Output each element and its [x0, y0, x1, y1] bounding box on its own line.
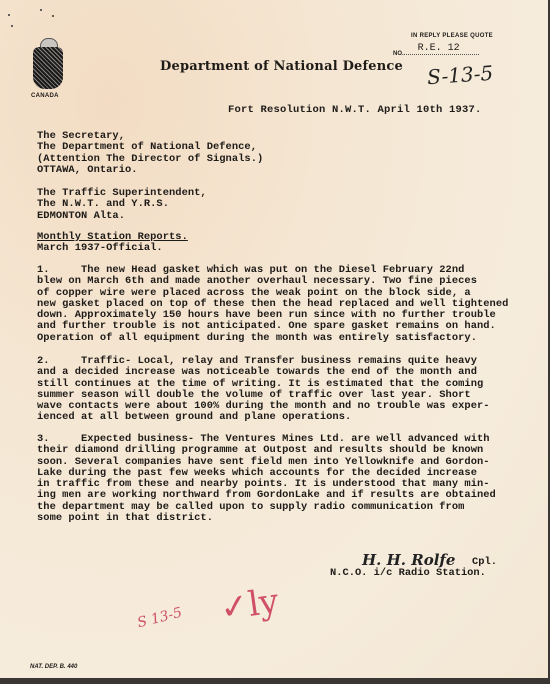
paragraph-2: 2. Traffic- Local, relay and Transfer bu… — [37, 356, 490, 424]
reference-number-line: NO.R.E. 12 — [393, 47, 479, 58]
address-line: EDMONTON Alta. — [37, 211, 207, 222]
crest-shield — [33, 47, 63, 89]
address-line: The N.W.T. and Y.R.S. — [37, 199, 207, 210]
paragraph-line: ienced at all between ground and plane o… — [37, 412, 490, 423]
address-line: The Department of National Defence, — [37, 142, 263, 153]
paragraph-line: their diamond drilling programme at Outp… — [37, 445, 496, 456]
speck — [52, 15, 54, 17]
reference-number: R.E. 12 — [418, 43, 460, 54]
country-label: CANADA — [31, 93, 59, 99]
subject-block: Monthly Station Reports.March 1937-Offic… — [37, 232, 188, 255]
paragraph-line: Operation of all equipment during the mo… — [37, 333, 508, 344]
speck — [40, 9, 42, 11]
red-pencil-checkmark: ✓ly — [218, 581, 282, 629]
recipient-block-2: The Traffic Superintendent,The N.W.T. an… — [37, 188, 207, 222]
letter-page: CANADA Department of National Defence IN… — [0, 0, 548, 678]
recipient-block-1: The Secretary,The Department of National… — [37, 131, 263, 176]
speck — [11, 25, 13, 27]
red-pencil-file-note: S 13-5 — [136, 605, 184, 632]
paragraph-line: and a decided increase was noticeable to… — [37, 367, 490, 378]
subject-period: March 1937-Official. — [37, 243, 188, 254]
paragraph-line: some point in that district. — [37, 513, 496, 524]
paragraph-3: 3. Expected business- The Ventures Mines… — [37, 434, 496, 524]
department-heading: Department of National Defence — [160, 59, 403, 74]
paragraph-line: blew on March 6th and made another overh… — [37, 276, 508, 287]
reference-field: R.E. 12 — [404, 54, 479, 55]
coat-of-arms-icon — [30, 38, 66, 90]
no-label: NO. — [393, 51, 404, 57]
place-and-date: Fort Resolution N.W.T. April 10th 1937. — [228, 104, 482, 116]
handwritten-file-reference: S-13-5 — [426, 61, 494, 90]
form-code: NAT. DEP. B. 440 — [30, 664, 77, 670]
reply-quote-label: IN REPLY PLEASE QUOTE — [411, 33, 493, 39]
paragraph-1: 1. The new Head gasket which was put on … — [37, 265, 508, 344]
speck — [8, 14, 10, 16]
address-line: OTTAWA, Ontario. — [37, 165, 263, 176]
signatory-title: N.C.O. i/c Radio Station. — [330, 567, 486, 579]
